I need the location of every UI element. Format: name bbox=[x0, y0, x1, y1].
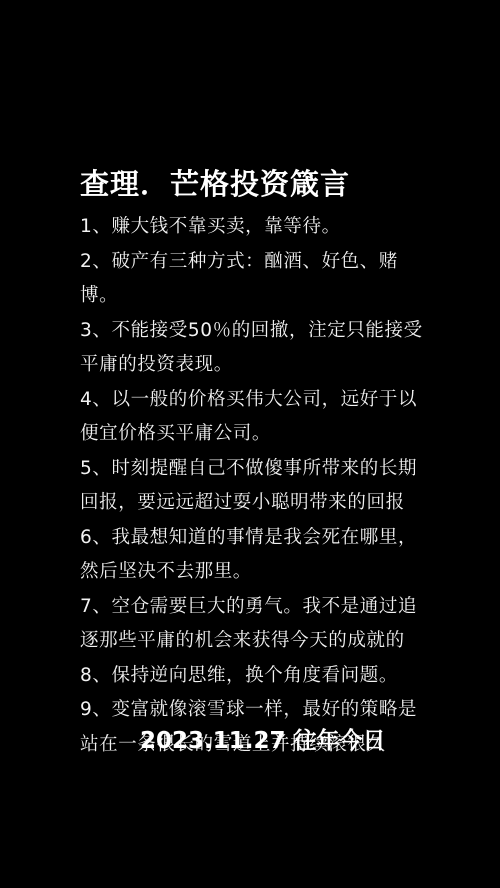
quote-item-4: 4、以一般的价格买伟大公司，远好于以便宜价格买平庸公司。 bbox=[80, 383, 425, 452]
quote-item-6: 6、我最想知道的事情是我会死在哪里，然后坚决不去那里。 bbox=[80, 521, 425, 590]
post-title: 查理．芒格投资箴言 bbox=[80, 162, 425, 206]
quote-list: 1、赚大钱不靠买卖，靠等待。 2、破产有三种方式：酗酒、好色、赌博。 3、不能接… bbox=[80, 210, 425, 762]
date-stamp-overlay: 2023.11.27 往年今日 bbox=[140, 726, 386, 756]
quote-item-2: 2、破产有三种方式：酗酒、好色、赌博。 bbox=[80, 245, 425, 314]
quote-item-8: 8、保持逆向思维，换个角度看问题。 bbox=[80, 659, 425, 694]
quote-item-5: 5、时刻提醒自己不做傻事所带来的长期回报，要远远超过耍小聪明带来的回报 bbox=[80, 452, 425, 521]
quote-item-1: 1、赚大钱不靠买卖，靠等待。 bbox=[80, 210, 425, 245]
post-content: 查理．芒格投资箴言 1、赚大钱不靠买卖，靠等待。 2、破产有三种方式：酗酒、好色… bbox=[80, 162, 425, 762]
quote-item-7: 7、空仓需要巨大的勇气。我不是通过追逐那些平庸的机会来获得今天的成就的 bbox=[80, 590, 425, 659]
quote-item-3: 3、不能接受50％的回撤，注定只能接受平庸的投资表现。 bbox=[80, 314, 425, 383]
